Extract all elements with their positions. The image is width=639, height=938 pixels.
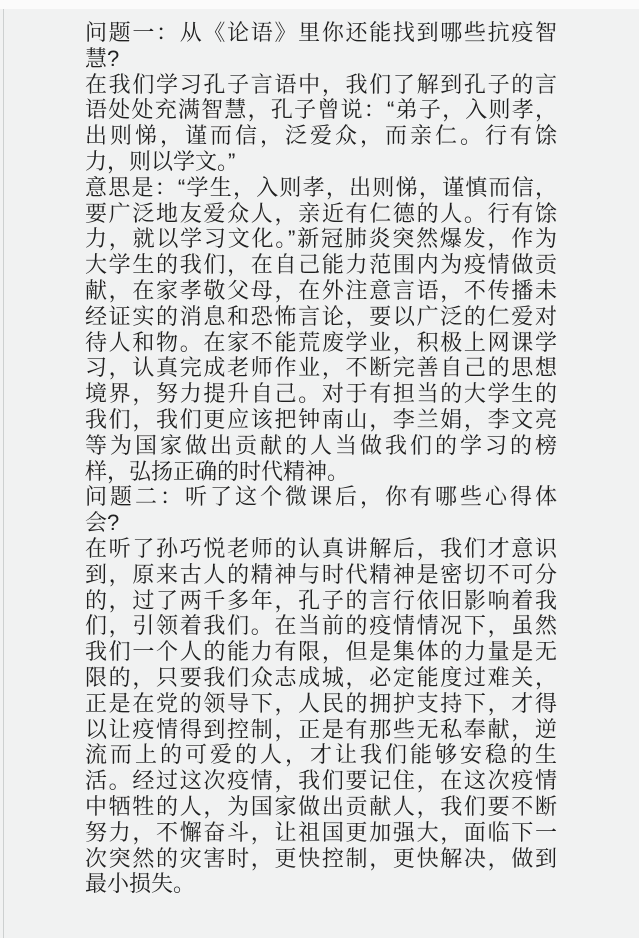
text-line: 出则悌，谨而信，泛爱众，而亲仁。行有馀 — [85, 123, 557, 149]
text-line: 经证实的消息和恐怖言论，要以广泛的仁爱对 — [85, 304, 557, 330]
text-line: 语处处充满智慧，孔子曾说：“弟子，入则孝， — [85, 97, 557, 123]
text-line: 正是在党的领导下，人民的拥护支持下，才得 — [85, 691, 557, 717]
text-line: 大学生的我们，在自己能力范围内为疫情做贡 — [85, 252, 557, 278]
text-line: 慧? — [85, 46, 557, 72]
text-line: 力，则以学文。” — [85, 149, 557, 175]
text-line: 样，弘扬正确的时代精神。 — [85, 459, 557, 485]
text-line: 限的，只要我们众志成城，必定能度过难关， — [85, 665, 557, 691]
text-line: 在我们学习孔子言语中，我们了解到孔子的言 — [85, 72, 557, 98]
text-line: 流而上的可爱的人，才让我们能够安稳的生 — [85, 742, 557, 768]
text-line: 次突然的灾害时，更快控制，更快解决，做到 — [85, 846, 557, 872]
text-line: 中牺牲的人，为国家做出贡献人，我们要不断 — [85, 794, 557, 820]
text-line: 最小损失。 — [85, 871, 557, 897]
text-line: 到，原来古人的精神与时代精神是密切不可分 — [85, 562, 557, 588]
text-line: 问题一：从《论语》里你还能找到哪些抗疫智 — [85, 20, 557, 46]
text-line: 献，在家孝敬父母，在外注意言语，不传播未 — [85, 278, 557, 304]
text-line: 待人和物。在家不能荒废学业，积极上网课学 — [85, 330, 557, 356]
text-line: 我们一个人的能力有限，但是集体的力量是无 — [85, 639, 557, 665]
text-line: 的，过了两千多年，孔子的言行依旧影响着我 — [85, 588, 557, 614]
text-line: 习，认真完成老师作业，不断完善自己的思想 — [85, 355, 557, 381]
photo-page: 问题一：从《论语》里你还能找到哪些抗疫智慧?在我们学习孔子言语中，我们了解到孔子… — [0, 0, 639, 938]
top-margin-strip — [0, 0, 639, 9]
text-line: 在听了孙巧悦老师的认真讲解后，我们才意识 — [85, 536, 557, 562]
text-line: 等为国家做出贡献的人当做我们的学习的榜 — [85, 433, 557, 459]
text-line: 要广泛地友爱众人，亲近有仁德的人。行有馀 — [85, 201, 557, 227]
text-line: 我们，我们更应该把钟南山，李兰娟，李文亮 — [85, 407, 557, 433]
text-line: 活。经过这次疫情，我们要记住，在这次疫情 — [85, 768, 557, 794]
essay-text-block: 问题一：从《论语》里你还能找到哪些抗疫智慧?在我们学习孔子言语中，我们了解到孔子… — [85, 20, 557, 897]
text-line: 努力，不懈奋斗，让祖国更加强大，面临下一 — [85, 820, 557, 846]
text-line: 以让疫情得到控制，正是有那些无私奉献，逆 — [85, 717, 557, 743]
text-line: 问题二：听了这个微课后，你有哪些心得体 — [85, 484, 557, 510]
text-line: 力，就以学习文化。”新冠肺炎突然爆发，作为 — [85, 226, 557, 252]
left-edge-line — [3, 9, 4, 938]
text-line: 们，引领着我们。在当前的疫情情况下，虽然 — [85, 613, 557, 639]
text-line: 意思是：“学生，入则孝，出则悌，谨慎而信， — [85, 175, 557, 201]
text-line: 会? — [85, 510, 557, 536]
text-line: 境界，努力提升自己。对于有担当的大学生的 — [85, 381, 557, 407]
